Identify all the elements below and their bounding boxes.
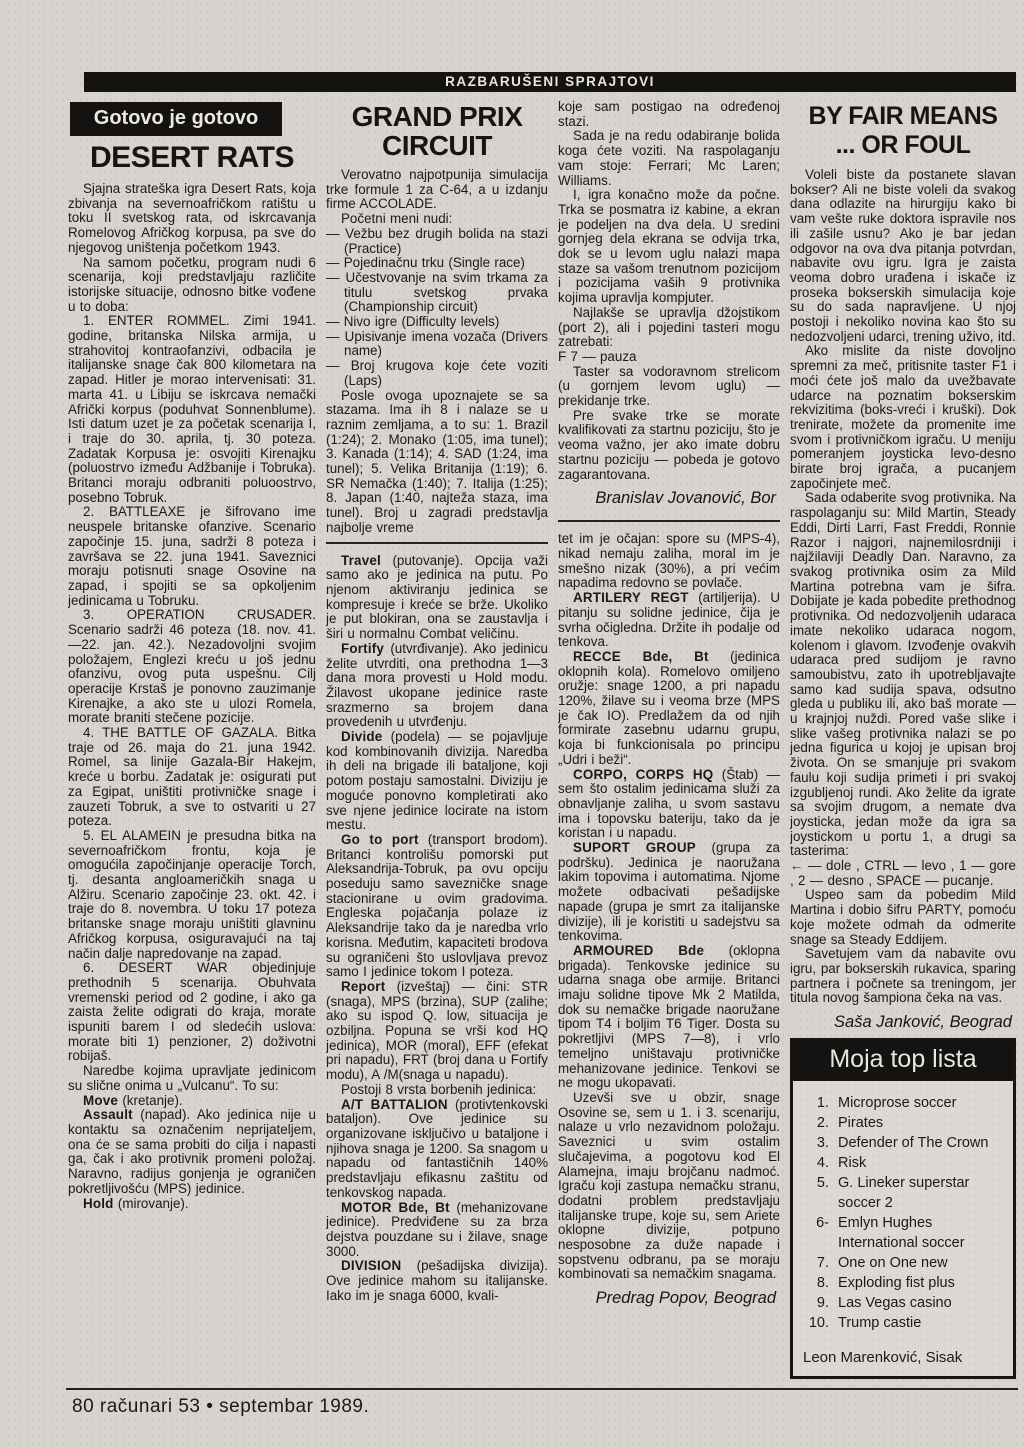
top-list-game-title: Emlyn Hughes International soccer: [838, 1213, 1005, 1253]
top-list-rank: 1.: [797, 1093, 838, 1113]
top-list-game-title: Defender of The Crown: [838, 1133, 1005, 1153]
article-title-by-fair-means: BY FAIR MEANS... OR FOUL: [790, 102, 1016, 160]
paragraph: Fortify (utvrđivanje). Ako jedinicu želi…: [326, 642, 548, 730]
paragraph: ← — dole , CTRL — levo , 1 — gore , 2 — …: [790, 859, 1016, 888]
paragraph: Posle ovoga upoznajete se sa stazama. Im…: [326, 389, 548, 536]
title-line-2: CIRCUIT: [382, 130, 492, 161]
paragraph: — Nivo igre (Difficulty levels): [326, 315, 548, 330]
paragraph: 1. ENTER ROMMEL. Zimi 1941. godine, brit…: [68, 314, 316, 505]
kicker-text: Gotovo je gotovo: [94, 107, 258, 129]
top-list-item: 10.Trump castie: [793, 1313, 1013, 1333]
paragraph: 4. THE BATTLE OF GAZALA. Bitka traje od …: [68, 726, 316, 829]
section-divider: [558, 520, 780, 522]
magazine-page-scan: { "page": { "header_banner": "RAZBARUŠEN…: [0, 0, 1024, 1448]
continuation-body: koje sam postigao na određenoj stazi.Sad…: [558, 100, 780, 1314]
title-line-1: GRAND PRIX: [352, 101, 523, 132]
paragraph: 5. EL ALAMEIN je presudna bitka na sever…: [68, 829, 316, 961]
paragraph: Pre svake trke se morate kvalifikovati z…: [558, 409, 780, 483]
command-term: Travel: [341, 553, 381, 568]
top-list-rows: 1.Microprose soccer2.Pirates3.Defender o…: [793, 1093, 1013, 1333]
paragraph: A/T BATTALION (protivtenkovski bataljon)…: [326, 1098, 548, 1201]
top-list-item: 1.Microprose soccer: [793, 1093, 1013, 1113]
article-title-grand-prix: GRAND PRIXCIRCUIT: [326, 102, 548, 160]
author-signature: Saša Janković, Beograd: [790, 1006, 1016, 1038]
top-list-game-title: Microprose soccer: [838, 1093, 1005, 1113]
top-list-rank: 6-: [797, 1213, 838, 1253]
paragraph: Sjajna strateška igra Desert Rats, koja …: [68, 182, 316, 256]
top-list-title: Moja top lista: [793, 1041, 1013, 1081]
top-list-item: 2.Pirates: [793, 1113, 1013, 1133]
paragraph: — Učestvovanje na svim trkama za titulu …: [326, 271, 548, 315]
paragraph: F 7 — pauza: [558, 350, 780, 365]
paragraph: — Broj krugova koje ćete voziti (Laps): [326, 359, 548, 388]
command-term: Fortify: [341, 641, 384, 656]
top-list-rank: 3.: [797, 1133, 838, 1153]
paragraph: Assault (napad). Ako jedinica nije u kon…: [68, 1108, 316, 1196]
grand-prix-and-desert-rats-body: Verovatno najpotpunija simulacija trke f…: [326, 168, 548, 1303]
paragraph: Go to port (transport brodom). Britanci …: [326, 833, 548, 980]
paragraph: Voleli biste da postanete slavan bokser?…: [790, 168, 1016, 344]
page-footer-text: 80 računari 53 • septembar 1989.: [72, 1396, 369, 1417]
top-list-game-title: One on One new: [838, 1253, 1005, 1273]
paragraph: Hold (mirovanje).: [68, 1197, 316, 1212]
paragraph: Ako mislite da niste dovoljno spremni za…: [790, 344, 1016, 491]
paragraph: ARMOURED Bde (oklopna brigada). Tenkovsk…: [558, 944, 780, 1091]
paragraph: Savetujem vam da nabavite ovu igru, par …: [790, 947, 1016, 1006]
paragraph: Na samom početku, program nudi 6 scenari…: [68, 256, 316, 315]
paragraph: Travel (putovanje). Opcija važi samo ako…: [326, 554, 548, 642]
command-term: A/T BATTALION: [341, 1097, 448, 1112]
paragraph: Uzevši sve u obzir, snage Osovine se, se…: [558, 1091, 780, 1282]
top-list-game-title: Trump castie: [838, 1313, 1005, 1333]
column-grand-prix: GRAND PRIXCIRCUIT Verovatno najpotpunija…: [326, 100, 548, 1380]
top-list-item: 4.Risk: [793, 1153, 1013, 1173]
column-continuations: koje sam postigao na određenoj stazi.Sad…: [558, 100, 780, 1380]
paragraph: RECCE Bde, Bt (jedinica oklopnih kola). …: [558, 650, 780, 768]
command-term: Hold: [83, 1196, 114, 1211]
top-list-item: 6-Emlyn Hughes International soccer: [793, 1213, 1013, 1253]
top-list-game-title: Las Vegas casino: [838, 1293, 1005, 1313]
top-list-rank: 5.: [797, 1173, 838, 1213]
paragraph: 6. DESERT WAR objedinjuje prethodnih 5 s…: [68, 961, 316, 1064]
command-term: ARMOURED Bde: [573, 943, 704, 958]
top-list-item: 8.Exploding fist plus: [793, 1273, 1013, 1293]
paragraph: Postoji 8 vrsta borbenih jedinica:: [326, 1083, 548, 1098]
command-term: MOTOR Bde, Bt: [341, 1200, 450, 1215]
paragraph: Naredbe kojima upravljate jedinicom su s…: [68, 1064, 316, 1093]
paragraph: MOTOR Bde, Bt (mehanizovane jedinice). P…: [326, 1201, 548, 1260]
paragraph: ARTILERY REGT (artiljerija). U pitanju s…: [558, 591, 780, 650]
paragraph: DIVISION (pešadijska divizija). Ove jedi…: [326, 1259, 548, 1303]
footer-divider: [66, 1388, 1018, 1390]
top-list-game-title: Pirates: [838, 1113, 1005, 1133]
paragraph: — Vežbu bez drugih bolida na stazi (Prac…: [326, 227, 548, 256]
top-list-item: 3.Defender of The Crown: [793, 1133, 1013, 1153]
command-term: SUPORT GROUP: [573, 840, 696, 855]
top-list-rank: 4.: [797, 1153, 838, 1173]
paragraph: Move (kretanje).: [68, 1094, 316, 1109]
paragraph: Verovatno najpotpunija simulacija trke f…: [326, 168, 548, 212]
command-term: Move: [83, 1093, 118, 1108]
paragraph: I, igra konačno može da počne. Trka se p…: [558, 188, 780, 306]
title-line-1: BY FAIR MEANS: [809, 102, 998, 130]
top-list-box: Moja top lista 1.Microprose soccer2.Pira…: [790, 1038, 1016, 1379]
article-kicker: Gotovo je gotovo: [70, 102, 282, 136]
paragraph: Najlakše se upravlja džojstikom (port 2)…: [558, 306, 780, 350]
section-divider: [326, 542, 548, 544]
paragraph: 2. BATTLEAXE je šifrovano ime neuspele b…: [68, 505, 316, 608]
author-signature: Branislav Jovanović, Bor: [558, 482, 780, 514]
command-term: Divide: [341, 729, 382, 744]
top-list-item: 7.One on One new: [793, 1253, 1013, 1273]
top-list-rank: 7.: [797, 1253, 838, 1273]
paragraph: Taster sa vodoravnom strelicom (u gornje…: [558, 365, 780, 409]
top-list-rank: 8.: [797, 1273, 838, 1293]
command-term: Assault: [83, 1107, 133, 1122]
command-term: DIVISION: [341, 1258, 401, 1273]
paragraph: Divide (podela) — se pojavljuje kod komb…: [326, 730, 548, 833]
top-list-game-title: Exploding fist plus: [838, 1273, 1005, 1293]
paragraph: tet im je očajan: spore su (MPS-4), nika…: [558, 532, 780, 591]
top-list-rank: 9.: [797, 1293, 838, 1313]
by-fair-means-body: Voleli biste da postanete slavan bokser?…: [790, 168, 1016, 1038]
paragraph: SUPORT GROUP (grupa za podršku). Jedinic…: [558, 841, 780, 944]
top-list-author: Leon Marenković, Sisak: [793, 1333, 1013, 1368]
top-list-game-title: G. Lineker superstar soccer 2: [838, 1173, 1005, 1213]
paragraph: Sada odaberite svog protivnika. Na raspo…: [790, 491, 1016, 859]
paragraph: Sada je na redu odabiranje bolida koga ć…: [558, 129, 780, 188]
paragraph: CORPO, CORPS HQ (Štab) — sem što ostalim…: [558, 768, 780, 842]
title-line-2: ... OR FOUL: [836, 131, 971, 159]
top-list-rank: 2.: [797, 1113, 838, 1133]
columns-container: Gotovo je gotovo DESERT RATS Sjajna stra…: [68, 100, 1016, 1380]
paragraph: Uspeo sam da pobedim Mild Martina i dobi…: [790, 888, 1016, 947]
article-title-desert-rats: DESERT RATS: [68, 142, 316, 174]
section-banner: RAZBARUŠENI SPRAJTOVI: [84, 72, 1016, 92]
author-signature: Predrag Popov, Beograd: [558, 1282, 780, 1314]
command-term: CORPO, CORPS HQ: [573, 767, 713, 782]
paragraph: — Pojedinačnu trku (Single race): [326, 256, 548, 271]
paragraph: Početni meni nudi:: [326, 212, 548, 227]
command-term: Go to port: [341, 832, 419, 847]
command-term: RECCE Bde, Bt: [573, 649, 709, 664]
desert-rats-body: Sjajna strateška igra Desert Rats, koja …: [68, 182, 316, 1211]
column-desert-rats: Gotovo je gotovo DESERT RATS Sjajna stra…: [68, 100, 316, 1380]
top-list-item: 9.Las Vegas casino: [793, 1293, 1013, 1313]
paragraph: Report (izveštaj) — čini: STR (snaga), M…: [326, 980, 548, 1083]
paragraph: 3. OPERATION CRUSADER. Scenario sadrži 4…: [68, 608, 316, 726]
page-footer: 80 računari 53 • septembar 1989.: [72, 1396, 369, 1418]
paragraph: — Upisivanje imena vozača (Drivers name): [326, 330, 548, 359]
section-banner-text: RAZBARUŠENI SPRAJTOVI: [445, 74, 655, 89]
paragraph: koje sam postigao na određenoj stazi.: [558, 100, 780, 129]
command-term: Report: [341, 979, 385, 994]
top-list-rank: 10.: [797, 1313, 838, 1333]
top-list-game-title: Risk: [838, 1153, 1005, 1173]
column-by-fair-means: BY FAIR MEANS... OR FOUL Voleli biste da…: [790, 100, 1016, 1380]
top-list-item: 5.G. Lineker superstar soccer 2: [793, 1173, 1013, 1213]
command-term: ARTILERY REGT: [573, 590, 689, 605]
